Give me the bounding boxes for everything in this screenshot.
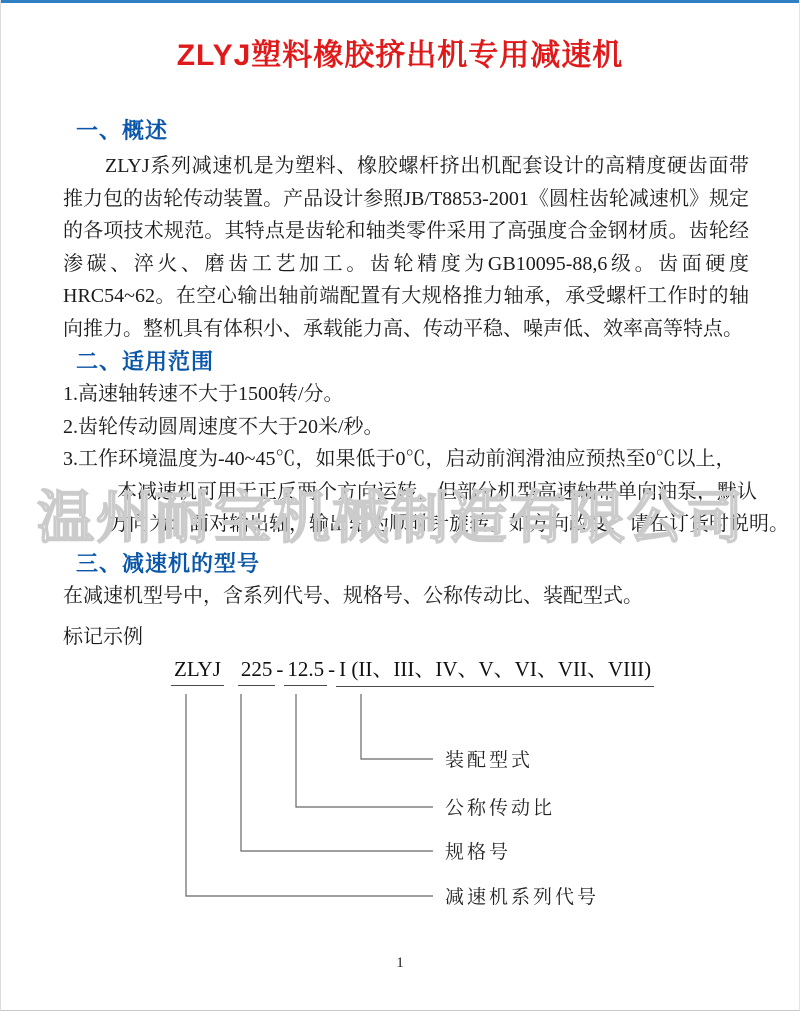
list-item: 3.工作环境温度为-40~45℃，如果低于0℃，启动前润滑油应预热至0℃以上， [63, 443, 753, 476]
page-number: 1 [1, 955, 799, 972]
model-designation: ZLYJ225-12.5-I (II、III、IV、V、VI、VII、VIII) [171, 653, 654, 687]
connector-line-assembly [361, 694, 433, 759]
model-paragraph: 在减速机型号中，含系列代号、规格号、公称传动比、装配型式。 [63, 581, 753, 611]
connector-line-series [186, 694, 433, 896]
model-ratio: 12.5 [284, 657, 327, 686]
model-series-code: ZLYJ [171, 657, 224, 686]
list-item-continuation: 本减速机可用于正反两个方向运转，但部分机型高速轴带单向油泵，默认 [117, 476, 753, 509]
section-heading-scope: 二、适用范围 [76, 345, 214, 376]
connector-line-size [241, 694, 433, 851]
diagram-label-size: 规格号 [445, 841, 511, 863]
top-accent-bar [1, 0, 799, 3]
model-structure-diagram: 装配型式 公称传动比 规格号 减速机系列代号 [1, 688, 800, 918]
section-heading-model: 三、减速机的型号 [76, 547, 260, 578]
list-item-continuation: 方向为：面对输出轴，输出轴为顺时针旋转。如方向改变，请在订货时说明。 [109, 508, 753, 541]
model-assembly-types: I (II、III、IV、V、VI、VII、VIII) [336, 653, 654, 687]
diagram-label-ratio: 公称传动比 [445, 797, 555, 819]
model-size-number: 225 [238, 657, 276, 686]
scope-list: 1.高速轴转速不大于1500转/分。 2.齿轮传动圆周速度不大于20米/秒。 3… [63, 378, 753, 541]
section-heading-overview: 一、概述 [76, 114, 168, 145]
document-title: ZLYJ塑料橡胶挤出机专用减速机 [1, 30, 799, 74]
document-page: ZLYJ塑料橡胶挤出机专用减速机 一、概述 ZLYJ系列减速机是为塑料、橡胶螺杆… [0, 0, 800, 1011]
example-label: 标记示例 [63, 620, 143, 649]
model-separator: - [327, 657, 336, 682]
overview-paragraph: ZLYJ系列减速机是为塑料、橡胶螺杆挤出机配套设计的高精度硬齿面带推力包的齿轮传… [63, 150, 749, 345]
model-separator: - [275, 657, 284, 682]
list-item: 1.高速轴转速不大于1500转/分。 [63, 378, 753, 411]
diagram-label-series: 减速机系列代号 [445, 886, 599, 908]
list-item: 2.齿轮传动圆周速度不大于20米/秒。 [63, 411, 753, 444]
diagram-label-assembly: 装配型式 [445, 749, 533, 771]
connector-line-ratio [296, 694, 433, 807]
